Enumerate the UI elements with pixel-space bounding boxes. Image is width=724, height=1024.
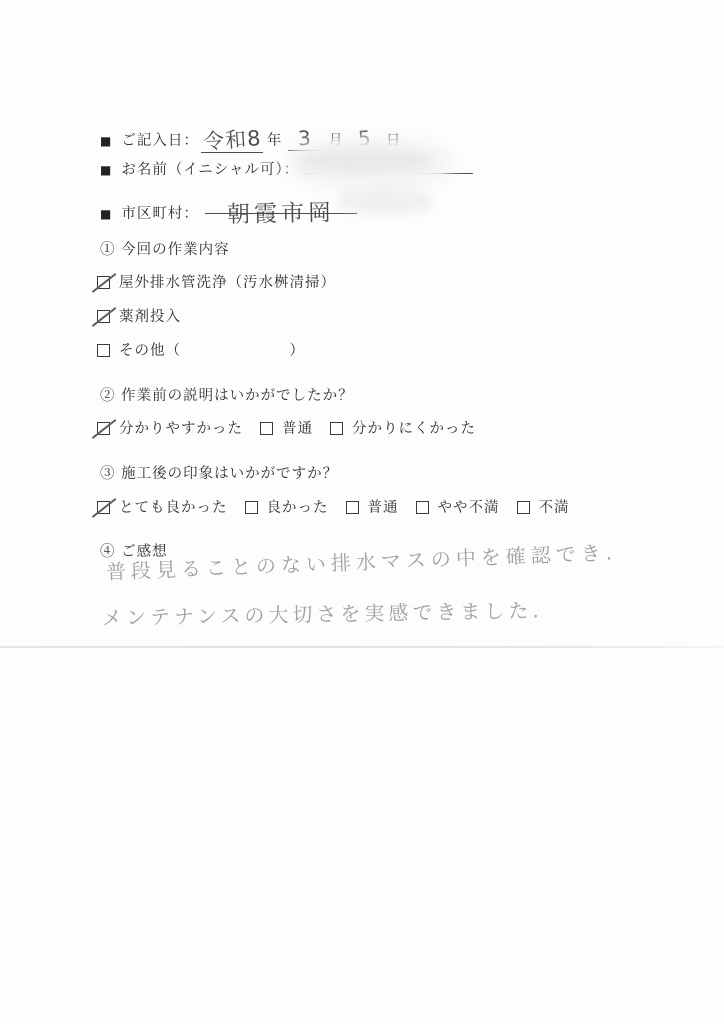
q3-option-5: 不満 (517, 496, 570, 517)
q3-option-2: 良かった (245, 496, 329, 517)
scanned-survey-form: ■ ご記入日： 令和8 年 3 月 5 日 ■ お名前（イニシャル可）： ■ 市… (0, 0, 724, 1024)
comment-handwriting-line-1: 普段見ることのない排水マスの中を確認でき. (105, 536, 617, 585)
q3-option-2-label: 良かった (267, 496, 329, 517)
month-suffix: 月 (328, 129, 344, 150)
date-day-field: 5 (350, 126, 380, 151)
q1-option-2-label: 薬剤投入 (119, 305, 181, 326)
checkbox-somewhat-dissatisfied (416, 501, 429, 514)
q2-title-text: ② 作業前の説明はいかがでしたか？ (100, 384, 354, 405)
q3-option-4-label: やや不満 (438, 496, 500, 517)
square-bullet-icon: ■ (100, 134, 111, 148)
q3-option-1-label: とても良かった (119, 496, 228, 517)
city-label: 市区町村： (121, 202, 199, 223)
checkbox-easy-to-understand (97, 422, 110, 435)
checkbox-dissatisfied (517, 501, 530, 514)
date-label: ご記入日： (121, 129, 199, 150)
checkbox-hard-to-understand (330, 422, 343, 435)
q3-option-row: とても良かった 良かった 普通 やや不満 不満 (97, 496, 587, 517)
date-era-handwriting: 令和8 (202, 122, 262, 156)
date-month-handwriting: 3 (298, 126, 313, 151)
scan-fold-line-highlight (0, 650, 724, 653)
q2-option-1-label: 分かりやすかった (119, 417, 243, 438)
scan-fold-line (0, 646, 724, 648)
city-handwriting: 朝霞市岡 (227, 194, 336, 229)
name-row: ■ お名前（イニシャル可）： (100, 158, 473, 179)
comment-handwriting-line-2: メンテナンスの大切さを実感できました. (102, 594, 543, 631)
name-field (305, 158, 473, 174)
date-era-field: 令和8 (201, 122, 263, 153)
q2-title: ② 作業前の説明はいかがでしたか？ (100, 384, 354, 405)
date-row: ■ ご記入日： 令和8 年 3 月 5 日 (100, 122, 405, 153)
q2-option-2: 普通 (260, 417, 313, 438)
q3-option-5-label: 不満 (539, 496, 570, 517)
square-bullet-icon: ■ (100, 207, 111, 221)
q2-option-3-label: 分かりにくかった (352, 417, 476, 438)
city-field: 朝霞市岡 (205, 192, 357, 214)
q2-option-row: 分かりやすかった 普通 分かりにくかった (97, 417, 493, 438)
q2-option-3: 分かりにくかった (330, 417, 476, 438)
q3-option-1: とても良かった (97, 496, 228, 517)
day-suffix: 日 (386, 129, 402, 150)
square-bullet-icon: ■ (100, 163, 111, 177)
checkbox-outdoor-drain-cleaning (97, 276, 110, 289)
checkmark-slash (92, 273, 117, 293)
checkbox-very-good (97, 501, 110, 514)
checkmark-slash (92, 419, 117, 439)
q1-option-3-label: その他（ ） (119, 339, 305, 360)
q2-option-2-label: 普通 (282, 417, 313, 438)
checkbox-chemical-injection (97, 310, 110, 323)
date-month-field: 3 (288, 126, 322, 151)
q1-option-row-3: その他（ ） (97, 339, 305, 360)
q1-option-row-2: 薬剤投入 (97, 305, 181, 326)
name-label: お名前（イニシャル可）： (121, 158, 299, 179)
checkbox-normal (260, 422, 273, 435)
date-day-handwriting: 5 (357, 126, 372, 151)
checkmark-slash (92, 498, 117, 518)
q1-title-text: ① 今回の作業内容 (100, 238, 230, 259)
checkbox-good (245, 501, 258, 514)
city-row: ■ 市区町村： 朝霞市岡 (100, 192, 357, 223)
q2-option-1: 分かりやすかった (97, 417, 243, 438)
q1-title: ① 今回の作業内容 (100, 238, 230, 259)
checkbox-other (97, 344, 110, 357)
q3-title-text: ③ 施工後の印象はいかがですか？ (100, 462, 338, 483)
checkmark-slash (92, 307, 117, 327)
year-suffix: 年 (267, 129, 283, 150)
q3-option-3-label: 普通 (368, 496, 399, 517)
q1-option-1-label: 屋外排水管洗浄（汚水桝清掃） (119, 271, 336, 292)
q1-option-row-1: 屋外排水管洗浄（汚水桝清掃） (97, 271, 336, 292)
q3-title: ③ 施工後の印象はいかがですか？ (100, 462, 338, 483)
q3-option-4: やや不満 (416, 496, 500, 517)
q3-option-3: 普通 (346, 496, 399, 517)
checkbox-average (346, 501, 359, 514)
